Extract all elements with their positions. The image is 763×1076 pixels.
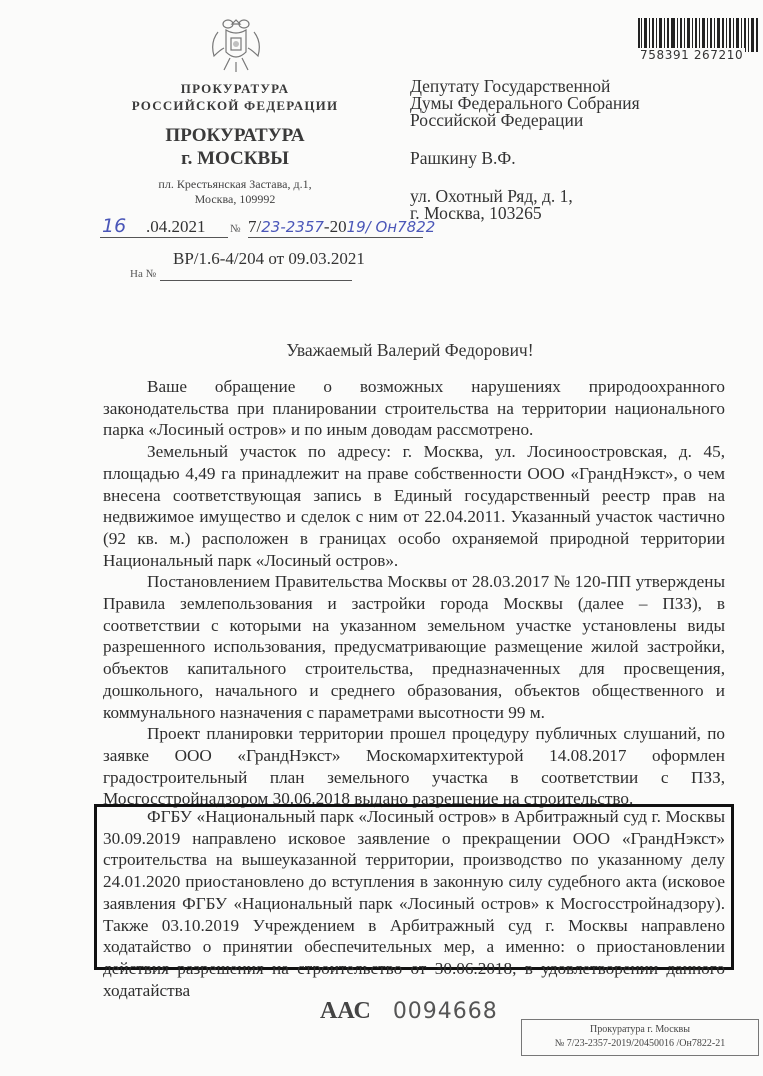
stamp-line-2: № 7/23-2357-2019/20450016 /Он7822-21 (522, 1037, 758, 1051)
handwritten-day: 16 (102, 215, 126, 237)
date-underline (100, 237, 228, 238)
registration-stamp: Прокуратура г. Москвы № 7/23-2357-2019/2… (521, 1019, 759, 1056)
address-line-2: Москва, 109992 (130, 192, 340, 207)
date-rest: .04.2021 (146, 217, 206, 237)
org-line-1: ПРОКУРАТУРА (130, 80, 340, 97)
address-line-1: пл. Крестьянская Застава, д.1, (130, 177, 340, 192)
recipient-address-line-2: г. Москва, 103265 (410, 205, 640, 222)
prosecutor-general-title: ПРОКУРАТУРА РОССИЙСКОЙ ФЕДЕРАЦИИ (130, 80, 340, 114)
highlighted-paragraph: ФГБУ «Национальный парк «Лосиный остров»… (103, 806, 725, 1001)
reply-to-underline (160, 280, 352, 281)
paragraph: Ваше обращение о возможных нарушениях пр… (103, 376, 725, 441)
moscow-prosecutor-title: ПРОКУРАТУРА г. МОСКВЫ (130, 124, 340, 170)
outgoing-number: 7/23-2357-2019/ Он7822 (248, 217, 435, 237)
recipient-block: Депутату Государственной Думы Федерально… (410, 78, 640, 222)
reply-to-reference: ВР/1.6-4/204 от 09.03.2021 (173, 249, 365, 269)
letter-body: Ваше обращение о возможных нарушениях пр… (103, 376, 725, 810)
form-number: 0094668 (393, 999, 498, 1024)
highlighted-paragraph-container: ФГБУ «Национальный парк «Лосиный остров»… (103, 806, 725, 1001)
recipient-line-3: Российской Федерации (410, 112, 640, 129)
reply-to-label: На № (130, 268, 156, 280)
paragraph: Постановлением Правительства Москвы от 2… (103, 571, 725, 723)
office-line-1: ПРОКУРАТУРА (130, 124, 340, 147)
paragraph: Проект планировки территории прошел проц… (103, 723, 725, 810)
form-series: ААС (320, 998, 371, 1024)
coat-of-arms-icon (208, 14, 264, 76)
office-line-2: г. МОСКВЫ (130, 147, 340, 170)
barcode-number: 758391 267210 (638, 48, 745, 62)
form-serial: ААС0094668 (320, 998, 498, 1025)
paragraph: Земельный участок по адресу: г. Москва, … (103, 441, 725, 571)
org-line-2: РОССИЙСКОЙ ФЕДЕРАЦИИ (130, 97, 340, 114)
barcode-icon (636, 18, 760, 52)
outgoing-date-number: 16 .04.2021 № 7/23-2357-2019/ Он7822 (100, 217, 430, 241)
number-underline (248, 237, 423, 238)
stamp-line-1: Прокуратура г. Москвы (522, 1023, 758, 1037)
salutation: Уважаемый Валерий Федорович! (90, 340, 730, 361)
recipient-name: Рашкину В.Ф. (410, 150, 640, 167)
number-label: № (230, 223, 241, 235)
sender-address: пл. Крестьянская Застава, д.1, Москва, 1… (130, 177, 340, 207)
